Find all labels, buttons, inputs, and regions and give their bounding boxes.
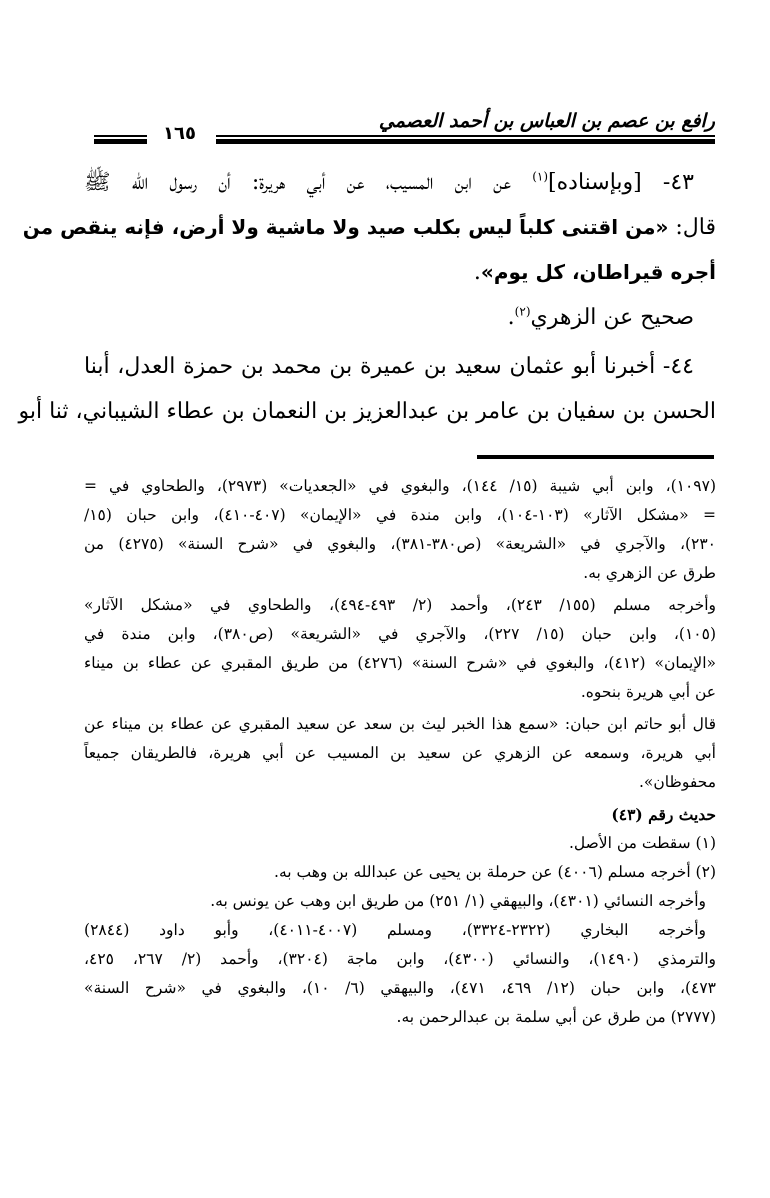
header-rule-left <box>94 135 147 145</box>
hadith-44: ٤٤- أخبرنا أبو عثمان سعيد بن عميرة بن مح… <box>84 344 716 434</box>
hadith-43-line-2: قال: «من اقتنى كلباً ليس بكلب صيد ولا ما… <box>84 205 716 250</box>
page-number: ١٦٥ <box>163 122 196 146</box>
footnote-line: ٤٧٣)، وابن حبان (١٢/ ٤٦٩، ٤٧١)، والبيهقي… <box>84 974 716 1003</box>
footnote-continued: (١٠٩٧)، وابن أبي شيبة (١٥/ ١٤٤)، والبغوي… <box>84 472 716 588</box>
grading-text: صحيح عن الزهري <box>531 305 695 330</box>
footnote-line: وأخرجه مسلم (١٥٥/ ٢٤٣)، وأحمد (٢/ ٤٩٣-٤٩… <box>84 591 716 620</box>
hadith-43: ٤٣- [وبإسناده](١) عن ابن المسيب، عن أبي … <box>84 160 716 340</box>
footnote-heading: حديث رقم (٤٣) <box>84 800 716 829</box>
hadith-number-isnad: ٤٣- [وبإسناده] <box>548 170 694 195</box>
footnote-1: (١) سقطت من الأصل. <box>84 829 716 858</box>
hadith-43-line-3: أجره قيراطان، كل يوم». <box>84 250 716 295</box>
header-rule-thin <box>216 135 715 137</box>
footnote-line: طرق عن الزهري به. <box>84 559 716 588</box>
footnote-nasai-line: وأخرجه النسائي (٤٣٠١)، والبيهقي (١/ ٢٥١)… <box>84 887 716 916</box>
footnotes: (١٠٩٧)، وابن أبي شيبة (١٥/ ١٤٤)، والبغوي… <box>84 472 716 1032</box>
footnote-bukhari-para: وأخرجه البخاري (٢٣٢٢-٣٣٢٤)، ومسلم (٤٠٠٧-… <box>84 916 716 1032</box>
book-page: رافع بن عصم بن العباس بن أحمد العصمي ١٦٥… <box>0 0 770 1198</box>
hadith-44-line-1: ٤٤- أخبرنا أبو عثمان سعيد بن عميرة بن مح… <box>84 344 716 389</box>
footnote-ibn-hibban-para: قال أبو حاتم ابن حبان: «سمع هذا الخبر لي… <box>84 710 716 797</box>
isnad-text: عن ابن المسيب، عن أبي هريرة: أن رسول الل… <box>84 170 532 195</box>
matn-text-bold-end: أجره قيراطان، كل يوم» <box>481 260 716 284</box>
main-text: ٤٣- [وبإسناده](١) عن ابن المسيب، عن أبي … <box>84 160 716 434</box>
footnote-ref-1[interactable]: (١) <box>532 170 548 184</box>
footnote-line: (١٠٥)، وابن حبان (١٥/ ٢٢٧)، والآجري في «… <box>84 620 716 649</box>
header-rule-thin <box>94 135 147 137</box>
footnote-line: «الإيمان» (٤١٢)، والبغوي في «شرح السنة» … <box>84 649 716 678</box>
footnote-line: ٢٣٠)، والآجري في «الشريعة» (ص٣٨٠-٣٨١)، و… <box>84 530 716 559</box>
running-title: رافع بن عصم بن العباس بن أحمد العصمي <box>379 108 715 134</box>
footnote-ref-2[interactable]: (٢) <box>515 305 531 319</box>
footnote-line: (٢٧٧٧) من طرق عن أبي سلمة بن عبدالرحمن ب… <box>84 1003 716 1032</box>
footnote-2: (٢) أخرجه مسلم (٤٠٠٦) عن حرملة بن يحيى ع… <box>84 858 716 887</box>
footnote-line: محفوظان». <box>84 768 716 797</box>
footnote-line: = «مشكل الآثار» (١٠٣-١٠٤)، وابن مندة في … <box>84 501 716 530</box>
period: . <box>508 305 515 330</box>
footnote-separator <box>477 455 714 459</box>
footnote-line: والترمذي (١٤٩٠)، والنسائي (٤٣٠٠)، وابن م… <box>84 945 716 974</box>
header-rule-thick <box>216 139 715 144</box>
footnote-line: وأخرجه البخاري (٢٣٢٢-٣٣٢٤)، ومسلم (٤٠٠٧-… <box>84 916 716 945</box>
qala-text: قال: <box>668 215 716 240</box>
footnote-line: (١٠٩٧)، وابن أبي شيبة (١٥/ ١٤٤)، والبغوي… <box>84 472 716 501</box>
header-rule-right <box>216 135 715 145</box>
footnote-line: قال أبو حاتم ابن حبان: «سمع هذا الخبر لي… <box>84 710 716 739</box>
hadith-44-line-2: الحسن بن سفيان بن عامر بن عبدالعزيز بن ا… <box>84 389 716 434</box>
matn-text-bold: «من اقتنى كلباً ليس بكلب صيد ولا ماشية و… <box>23 215 669 239</box>
hadith-43-line-1: ٤٣- [وبإسناده](١) عن ابن المسيب، عن أبي … <box>84 160 716 205</box>
hadith-43-grading: صحيح عن الزهري(٢). <box>84 295 716 340</box>
footnote-line: أبي هريرة، وسمعه عن الزهري عن سعيد بن ال… <box>84 739 716 768</box>
footnote-muslim-para: وأخرجه مسلم (١٥٥/ ٢٤٣)، وأحمد (٢/ ٤٩٣-٤٩… <box>84 591 716 707</box>
header-rule-thick <box>94 139 147 144</box>
running-header: رافع بن عصم بن العباس بن أحمد العصمي ١٦٥ <box>85 108 715 148</box>
footnote-line: عن أبي هريرة بنحوه. <box>84 678 716 707</box>
period: . <box>474 260 481 285</box>
